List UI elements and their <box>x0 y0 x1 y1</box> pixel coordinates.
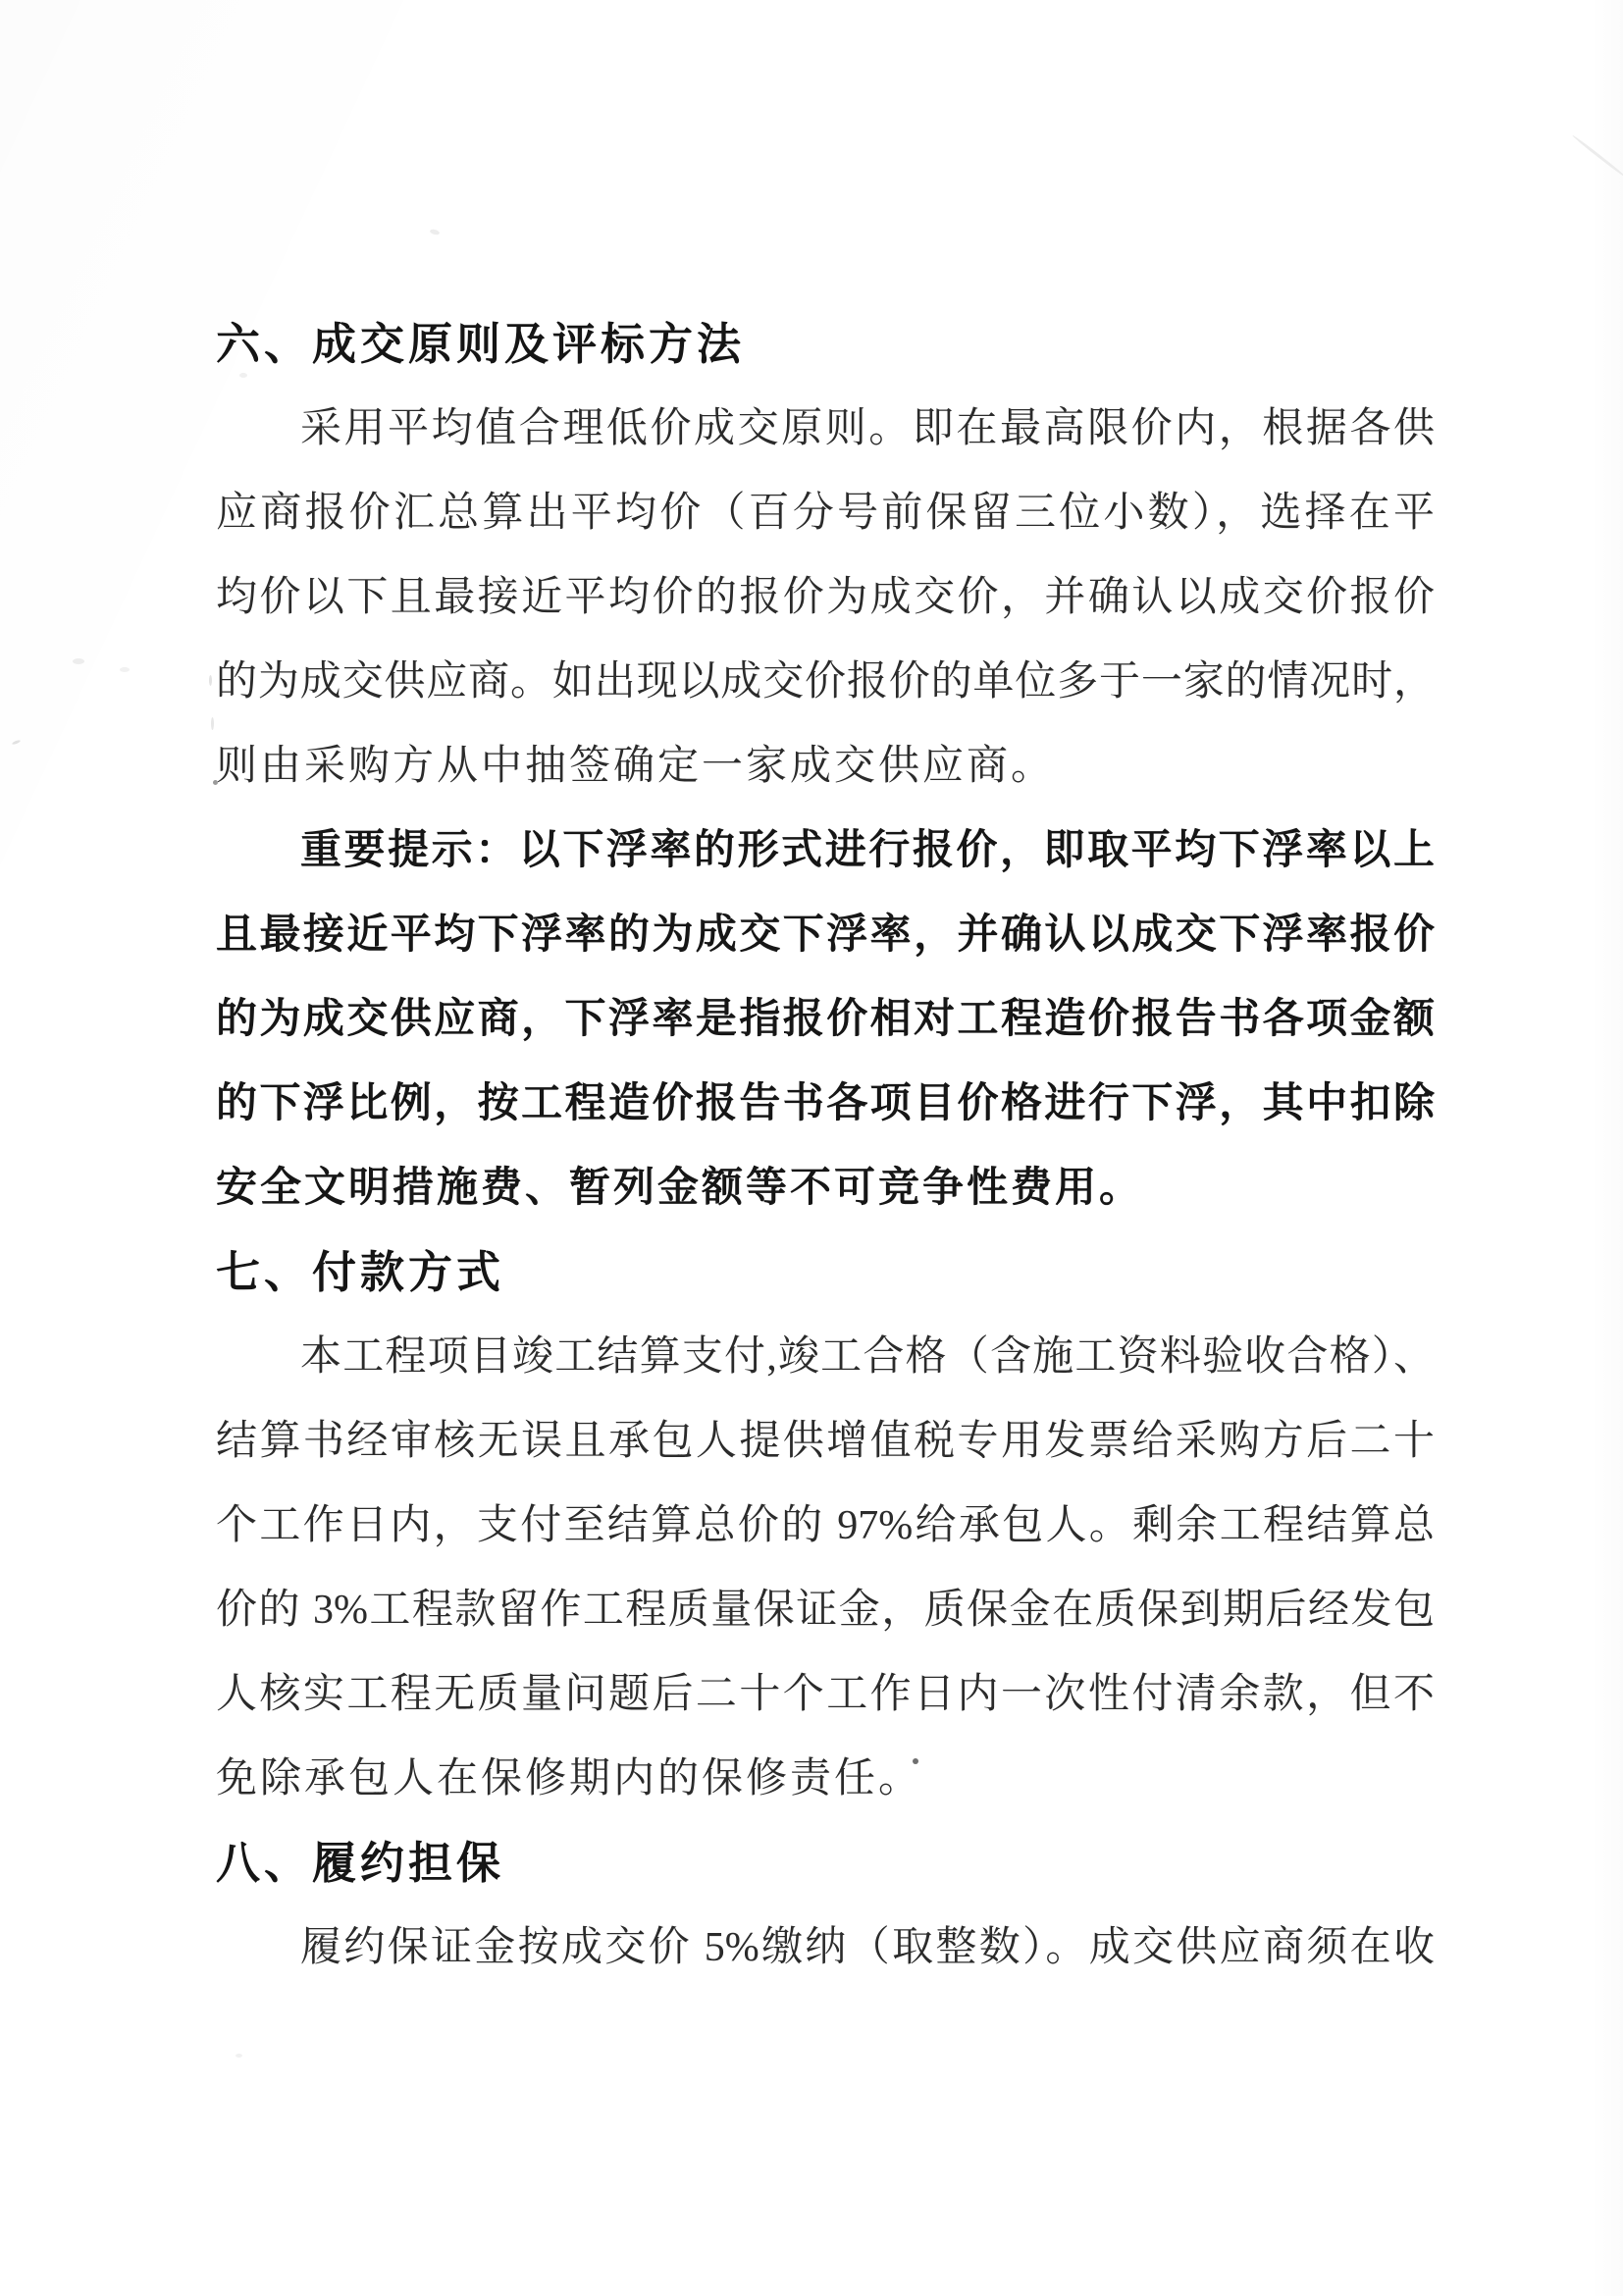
paragraph-line: 免除承包人在保修期内的保修责任。 <box>216 1737 1435 1821</box>
paragraph-line: 人核实工程无质量问题后二十个工作日内一次性付清余款，但不 <box>216 1652 1435 1737</box>
paragraph-line: 本工程项目竣工结算支付,竣工合格（含施工资料验收合格）、 <box>216 1315 1435 1399</box>
paragraph-line: 履约保证金按成交价 5%缴纳（取整数）。成交供应商须在收 <box>216 1905 1435 1990</box>
important-notice-line: 的下浮比例，按工程造价报告书各项目价格进行下浮，其中扣除 <box>216 1062 1435 1146</box>
paragraph-line: 应商报价汇总算出平均价（百分号前保留三位小数），选择在平 <box>216 471 1435 555</box>
paragraph-line: 价的 3%工程款留作工程质量保证金，质保金在质保到期后经发包 <box>216 1568 1435 1652</box>
scanned-page: 六、成交原则及评标方法 采用平均值合理低价成交原则。即在最高限价内，根据各供 应… <box>0 0 1623 2296</box>
scan-speck <box>213 780 218 785</box>
important-notice-line: 且最接近平均下浮率的为成交下浮率，并确认以成交下浮率报价 <box>216 893 1435 977</box>
scan-speck <box>209 675 212 686</box>
paragraph-line: 则由采购方从中抽签确定一家成交供应商。 <box>216 724 1435 809</box>
scan-speck <box>211 717 214 730</box>
paragraph-line: 均价以下且最接近平均价的报价为成交价，并确认以成交价报价 <box>216 555 1435 640</box>
scan-speck <box>430 229 441 235</box>
section-6-heading: 六、成交原则及评标方法 <box>216 302 1435 387</box>
paragraph-line: 的为成交供应商。如出现以成交价报价的单位多于一家的情况时， <box>216 640 1435 724</box>
scan-speck <box>120 667 130 672</box>
scan-streak <box>1571 134 1623 179</box>
important-notice-line: 安全文明措施费、暂列金额等不可竞争性费用。 <box>216 1146 1435 1230</box>
document-text-block: 六、成交原则及评标方法 采用平均值合理低价成交原则。即在最高限价内，根据各供 应… <box>216 302 1435 1990</box>
important-notice-line: 的为成交供应商，下浮率是指报价相对工程造价报告书各项金额 <box>216 977 1435 1062</box>
scan-speck <box>12 739 21 745</box>
paragraph-line: 个工作日内，支付至结算总价的 97%给承包人。剩余工程结算总 <box>216 1484 1435 1568</box>
paragraph-line: 结算书经审核无误且承包人提供增值税专用发票给采购方后二十 <box>216 1399 1435 1484</box>
important-notice-line: 重要提示：以下浮率的形式进行报价，即取平均下浮率以上 <box>216 809 1435 893</box>
scan-speck <box>73 658 84 664</box>
stray-ink-dot <box>913 1758 918 1764</box>
scan-speck <box>236 2054 242 2058</box>
paragraph-line: 采用平均值合理低价成交原则。即在最高限价内，根据各供 <box>216 387 1435 471</box>
section-8-heading: 八、履约担保 <box>216 1821 1435 1905</box>
section-7-heading: 七、付款方式 <box>216 1230 1435 1315</box>
scan-speck <box>239 373 247 378</box>
